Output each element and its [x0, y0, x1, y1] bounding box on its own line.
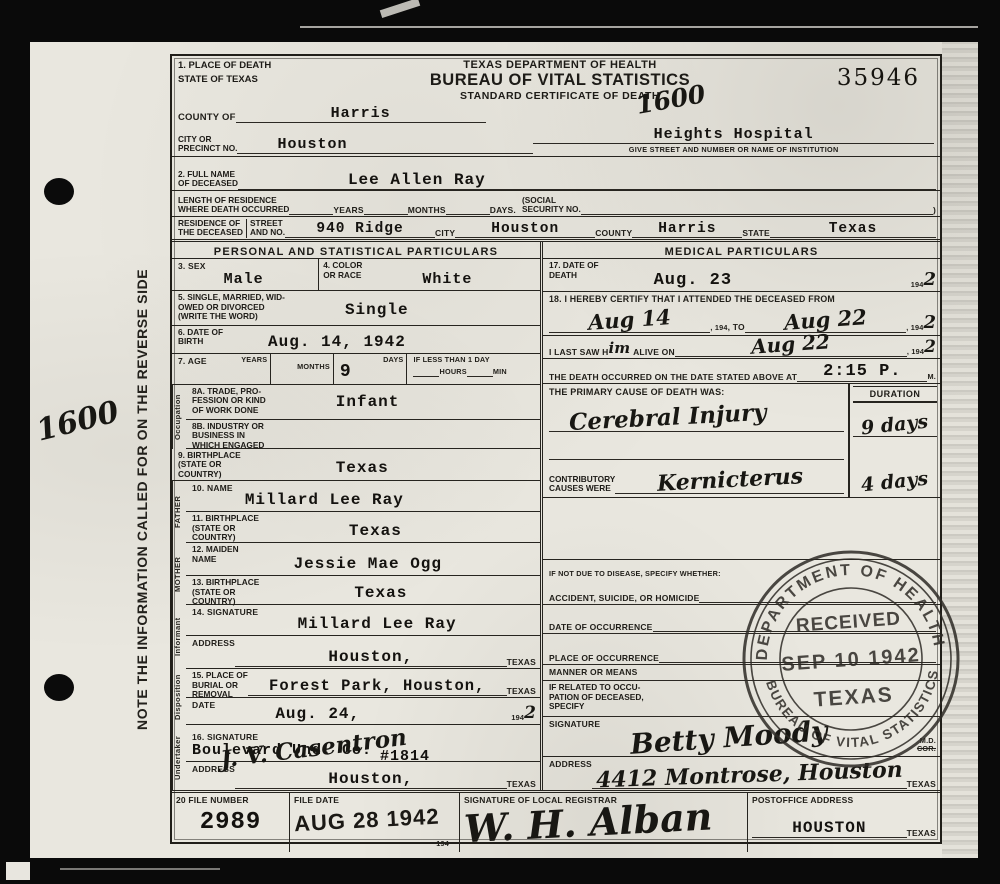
- birthplace-value: Texas: [336, 459, 389, 480]
- contributory-field: Kernicterus: [615, 467, 844, 494]
- registrar-footer: 20 FILE NUMBER 2989 FILE DATE AUG 28 194…: [172, 790, 940, 852]
- county-value: Harris: [331, 105, 391, 122]
- file-date-cell: FILE DATE AUG 28 1942 194: [290, 793, 460, 852]
- personal-particulars-column: PERSONAL AND STATISTICAL PARTICULARS 3. …: [172, 242, 543, 790]
- medical-section-header: MEDICAL PARTICULARS: [543, 242, 940, 259]
- department-title-block: TEXAS DEPARTMENT OF HEALTH BUREAU OF VIT…: [346, 59, 774, 102]
- dept-of-health-title: TEXAS DEPARTMENT OF HEALTH: [346, 59, 774, 71]
- certificate-number: 35946: [774, 65, 920, 91]
- duration-contributory-hand: 4 days: [860, 468, 929, 497]
- occupation-side-label: Occupation: [172, 385, 186, 449]
- mother-group: MOTHER 12. MAIDEN NAME Jessie Mae Ogg: [172, 543, 540, 605]
- father-birthplace-row: 11. BIRTHPLACE (STATE OR COUNTRY) Texas: [186, 512, 540, 543]
- scan-artifact: [60, 868, 220, 870]
- certify-year-hand: 2: [923, 312, 936, 333]
- sex-cell: 3. SEX Male: [172, 259, 319, 290]
- age-years-cell: 7. AGE YEARS: [172, 354, 271, 383]
- full-name-field: Lee Allen Ray: [238, 159, 936, 190]
- father-side-label: FATHER: [172, 481, 186, 543]
- color-race-label: 4. COLOR OR RACE: [323, 261, 362, 290]
- film-edge-right: [978, 0, 1000, 884]
- mother-birthplace-value: Texas: [354, 584, 407, 602]
- burial-date-row: DATE Aug. 24, 194 2: [186, 698, 540, 725]
- margin-vertical-note: NOTE THE INFORMATION CALLED FOR ON THE R…: [134, 158, 158, 730]
- undertaker-signature-row: 16. SIGNATURE Boulevard Und. Co. #1814 J…: [186, 725, 540, 762]
- marital-status-row: 5. SINGLE, MARRIED, WID- OWED OR DIVORCE…: [172, 291, 540, 325]
- residence-city-value: Houston: [491, 221, 559, 237]
- last-saw-row: I LAST SAW H im ALIVE ON Aug 22 , 194 2: [543, 336, 940, 359]
- father-birthplace-value: Texas: [349, 522, 402, 540]
- street-field: 940 Ridge: [285, 221, 435, 238]
- ssn-blank: [581, 214, 933, 215]
- postoffice-field: HOUSTON: [752, 819, 907, 838]
- registrar-signature-cell: SIGNATURE OF LOCAL REGISTRAR W. H. Alban: [460, 793, 748, 852]
- film-edge-left: [0, 0, 30, 884]
- street-label: STREET AND NO.: [250, 219, 285, 238]
- informant-address-field: Houston,: [235, 648, 507, 667]
- hole-punch-top: [44, 178, 74, 205]
- undertaker-group: Undertaker 16. SIGNATURE Boulevard Und. …: [172, 725, 540, 790]
- cause-blank-line: [549, 432, 844, 460]
- residence-state-field: Texas: [770, 221, 936, 238]
- place-of-death-block: 1. PLACE OF DEATH STATE OF TEXAS: [178, 59, 346, 102]
- father-name-row: 10. NAME Millard Lee Ray: [186, 481, 540, 512]
- film-edge-bottom: [0, 858, 1000, 884]
- file-number-value: 2989: [176, 809, 285, 836]
- color-race-value: White: [422, 271, 472, 288]
- postoffice-address-cell: POSTOFFICE ADDRESS HOUSTON TEXAS: [748, 793, 940, 852]
- residence-state-value: Texas: [829, 221, 878, 237]
- trade-value: Infant: [336, 393, 400, 419]
- postoffice-value: HOUSTON: [792, 819, 866, 837]
- duration-box: DURATION 9 days 4 days: [848, 384, 940, 497]
- maiden-name-label: 12. MAIDEN NAME: [192, 545, 239, 575]
- certify-row: 18. I HEREBY CERTIFY THAT I ATTENDED THE…: [543, 292, 940, 336]
- industry-label: 8B. INDUSTRY OR BUSINESS IN WHICH ENGAGE…: [192, 422, 264, 448]
- cause-of-death-block: THE PRIMARY CAUSE OF DEATH WAS: Cerebral…: [543, 384, 940, 498]
- birthplace-row: 9. BIRTHPLACE (STATE OR COUNTRY) Texas: [172, 449, 540, 481]
- institution-hint: GIVE STREET AND NUMBER OR NAME OF INSTIT…: [533, 145, 934, 154]
- age-less-than-day-cell: IF LESS THAN 1 DAY HOURS MIN: [407, 354, 539, 383]
- age-row: 7. AGE YEARS MONTHS 9 DAYS IF LESS THAN …: [172, 354, 540, 384]
- industry-row: 8B. INDUSTRY OR BUSINESS IN WHICH ENGAGE…: [186, 420, 540, 449]
- marital-label: 5. SINGLE, MARRIED, WID- OWED OR DIVORCE…: [178, 293, 285, 324]
- informant-signature-row: 14. SIGNATURE Millard Lee Ray: [186, 605, 540, 636]
- birth-label: 6. DATE OF BIRTH: [178, 328, 223, 353]
- related-occupation-label: IF RELATED TO OCCU- PATION OF DECEASED, …: [549, 683, 644, 716]
- color-race-cell: 4. COLOR OR RACE White: [319, 259, 540, 290]
- years-blank: [289, 214, 333, 215]
- scanned-death-certificate: NOTE THE INFORMATION CALLED FOR ON THE R…: [0, 0, 1000, 884]
- sex-color-row: 3. SEX Male 4. COLOR OR RACE White: [172, 259, 540, 291]
- duration-primary-hand: 9 days: [860, 411, 929, 440]
- city-value: Houston: [277, 136, 347, 153]
- contributory-label: CONTRIBUTORY CAUSES WERE: [549, 475, 615, 494]
- burial-place-field: Forest Park, Houston,: [248, 677, 507, 696]
- duration-contributory-field: 4 days: [850, 471, 940, 497]
- age-days-value: 9: [340, 362, 352, 382]
- certificate-title: STANDARD CERTIFICATE OF DEATH: [346, 90, 774, 102]
- scan-artifact: [380, 0, 421, 18]
- date-of-death-year-hand: 2: [923, 269, 936, 290]
- date-of-death-label: 17. DATE OF DEATH: [549, 261, 599, 280]
- residence-city-field: Houston: [455, 221, 595, 238]
- certify-from-field: Aug 14: [549, 307, 710, 333]
- maiden-name-row: 12. MAIDEN NAME Jessie Mae Ogg: [186, 543, 540, 576]
- length-of-residence-label: LENGTH OF RESIDENCE WHERE DEATH OCCURRED: [178, 196, 289, 215]
- form-header: 1. PLACE OF DEATH STATE OF TEXAS TEXAS D…: [172, 56, 940, 157]
- certificate-paper: NOTE THE INFORMATION CALLED FOR ON THE R…: [28, 40, 980, 860]
- residence-county-field: Harris: [632, 221, 742, 238]
- county-field: Harris: [236, 105, 486, 123]
- informant-address-row: ADDRESS Houston, TEXAS: [186, 636, 540, 669]
- personal-section-header: PERSONAL AND STATISTICAL PARTICULARS: [172, 242, 540, 259]
- birth-value: Aug. 14, 1942: [268, 333, 406, 351]
- bureau-title: BUREAU OF VITAL STATISTICS: [346, 71, 774, 90]
- father-birthplace-label: 11. BIRTHPLACE (STATE OR COUNTRY): [192, 514, 259, 542]
- file-date-stamp: AUG 28 1942: [293, 803, 455, 837]
- death-time-field: 2:15 P.: [797, 362, 927, 382]
- sex-value: Male: [224, 271, 264, 288]
- trade-row: 8A. TRADE, PRO- FESSION OR KIND OF WORK …: [186, 385, 540, 420]
- last-saw-date-hand: Aug 22: [751, 329, 831, 358]
- scan-artifact-notch: [6, 862, 30, 880]
- county-of-label: COUNTY OF: [178, 112, 236, 123]
- institution-value: Heights Hospital: [654, 126, 814, 143]
- death-certificate-form: 1. PLACE OF DEATH STATE OF TEXAS TEXAS D…: [170, 54, 942, 844]
- mother-birthplace-label: 13. BIRTHPLACE (STATE OR COUNTRY): [192, 578, 259, 604]
- full-name-label: 2. FULL NAME OF DECEASED: [178, 170, 238, 189]
- margin-handwritten-number: 1600: [33, 394, 122, 448]
- last-saw-year-hand: 2: [924, 337, 936, 357]
- occupation-group: Occupation 8A. TRADE, PRO- FESSION OR KI…: [172, 385, 540, 449]
- death-time-value: 2:15 P.: [823, 362, 901, 381]
- date-of-death-row: 17. DATE OF DEATH Aug. 23 194 2: [543, 259, 940, 292]
- last-saw-him-hand: im: [609, 339, 631, 357]
- stamp-texas-text: TEXAS: [813, 683, 894, 712]
- residence-row: RESIDENCE OF THE DECEASED STREET AND NO.…: [172, 217, 940, 242]
- city-field: Houston: [237, 136, 533, 154]
- duration-header: DURATION: [853, 386, 937, 403]
- disposition-group: Disposition 15. PLACE OF BURIAL OR REMOV…: [172, 669, 540, 725]
- age-days-cell: 9 DAYS: [334, 354, 408, 383]
- primary-cause-hand: Cerebral Injury: [568, 399, 767, 436]
- birthplace-label: 9. BIRTHPLACE (STATE OR COUNTRY): [178, 451, 241, 480]
- disposition-side-label: Disposition: [172, 669, 186, 725]
- maiden-name-value: Jessie Mae Ogg: [294, 555, 442, 573]
- informant-address-value: Houston,: [328, 648, 413, 666]
- contributory-hand: Kernicterus: [656, 463, 803, 497]
- months-blank: [364, 214, 408, 215]
- date-of-birth-row: 6. DATE OF BIRTH Aug. 14, 1942: [172, 326, 540, 354]
- state-of-texas-label: STATE OF TEXAS: [178, 73, 346, 87]
- contributory-row: CONTRIBUTORY CAUSES WERE Kernicterus: [549, 460, 844, 497]
- mother-birthplace-row: 13. BIRTHPLACE (STATE OR COUNTRY) Texas: [186, 576, 540, 605]
- undertaker-address-value: Houston,: [328, 770, 413, 788]
- file-number-cell: 20 FILE NUMBER 2989: [172, 793, 290, 852]
- institution-field: Heights Hospital: [533, 126, 934, 144]
- street-value: 940 Ridge: [316, 221, 403, 237]
- place-of-death-label: 1. PLACE OF DEATH: [178, 59, 346, 73]
- full-name-row: 2. FULL NAME OF DECEASED Lee Allen Ray: [172, 157, 940, 191]
- residence-label: RESIDENCE OF THE DECEASED: [178, 219, 247, 238]
- burial-place-value: Forest Park, Houston,: [269, 677, 485, 695]
- days-blank: [446, 214, 490, 215]
- stamp-received-text: RECEIVED: [795, 608, 901, 636]
- marital-value: Single: [345, 301, 409, 319]
- ssn-label: (SOCIAL SECURITY NO.: [522, 196, 581, 215]
- residence-county-value: Harris: [658, 221, 716, 237]
- informant-group: Informant 14. SIGNATURE Millard Lee Ray …: [172, 605, 540, 669]
- film-edge-top: [0, 0, 1000, 42]
- undertaker-side-label: Undertaker: [172, 725, 186, 790]
- city-precinct-label: CITY OR PRECINCT NO.: [178, 135, 237, 154]
- father-group: FATHER 10. NAME Millard Lee Ray 11. BIRT…: [172, 481, 540, 543]
- burial-place-row: 15. PLACE OF BURIAL OR REMOVAL Forest Pa…: [186, 669, 540, 698]
- informant-signature-value: Millard Lee Ray: [218, 615, 536, 633]
- certify-from-hand: Aug 14: [588, 304, 672, 335]
- received-stamp: DEPARTMENT OF HEALTH BUREAU OF VITAL STA…: [726, 534, 976, 784]
- duration-primary-field: 9 days: [853, 403, 937, 437]
- father-name-value: Millard Lee Ray: [245, 491, 404, 509]
- length-of-residence-row: LENGTH OF RESIDENCE WHERE DEATH OCCURRED…: [172, 191, 940, 217]
- age-months-cell: MONTHS: [271, 354, 334, 383]
- undertaker-address-field: Houston,: [235, 770, 507, 789]
- informant-side-label: Informant: [172, 605, 186, 669]
- last-saw-date-field: Aug 22: [675, 332, 907, 357]
- burial-place-label: 15. PLACE OF BURIAL OR REMOVAL: [192, 671, 248, 700]
- stamp-date-text: SEP 10 1942: [781, 644, 922, 676]
- primary-cause-field: Cerebral Injury: [549, 398, 844, 432]
- full-name-value: Lee Allen Ray: [348, 171, 486, 189]
- scan-artifact: [300, 26, 990, 28]
- burial-date-year-hand: 2: [524, 703, 536, 723]
- trade-label: 8A. TRADE, PRO- FESSION OR KIND OF WORK …: [192, 387, 266, 419]
- date-of-death-value: Aug. 23: [654, 271, 732, 290]
- burial-date-value: Aug. 24,: [275, 705, 360, 723]
- mother-side-label: MOTHER: [172, 543, 186, 605]
- death-occurred-row: THE DEATH OCCURRED ON THE DATE STATED AB…: [543, 359, 940, 384]
- hole-punch-bottom: [44, 674, 74, 701]
